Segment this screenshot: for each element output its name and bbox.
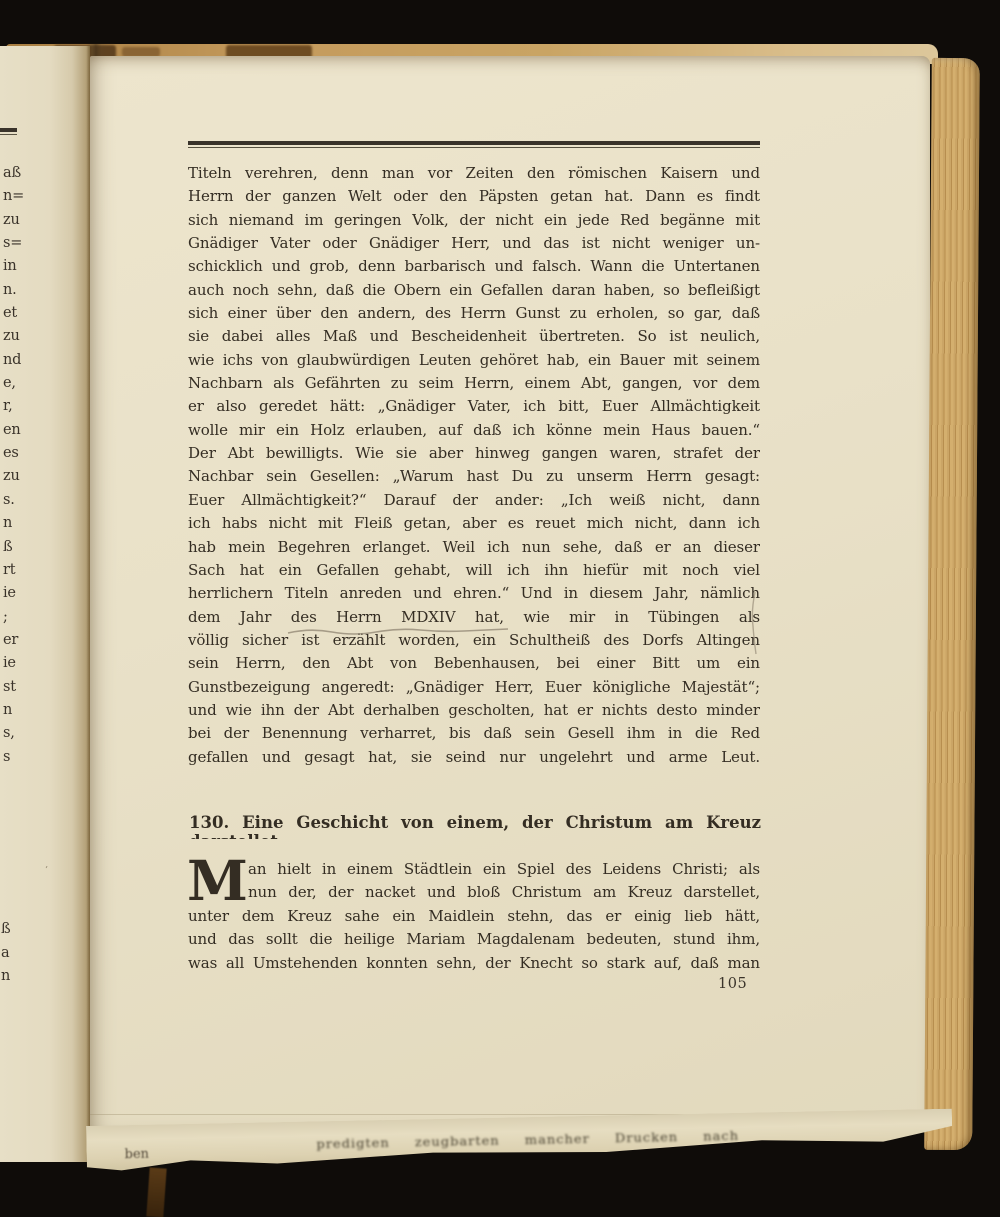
text-line: sich einer über den andern, des Herrn Gu…	[188, 302, 760, 325]
text-line: Euer Allmächtigkeit?“ Darauf der ander: …	[188, 489, 760, 512]
text-line: sie dabei alles Maß und Bescheidenheit ü…	[188, 325, 760, 348]
paragraph-1: Titeln verehren, denn man vor Zeiten den…	[188, 162, 760, 769]
line-fragment: en	[3, 419, 37, 442]
line-fragment: ß	[3, 536, 37, 559]
line-fragment: n	[3, 699, 37, 722]
book-photo: aßn=zus=inn.etzunde,r,eneszus.nßrtie;eri…	[0, 0, 1000, 1217]
text-line: herrlichern Titeln anreden und ehren.“ U…	[188, 582, 760, 605]
line-fragment: n	[3, 512, 37, 535]
pencil-margin-stroke	[748, 590, 760, 656]
section-heading: 130. Eine Geschicht von einem, der Chris…	[189, 813, 761, 839]
edge-text-fragment: ben	[124, 1147, 149, 1162]
line-fragment: s	[3, 746, 37, 769]
tiny-pencil-mark: ʹ	[43, 866, 48, 876]
head-rule	[188, 141, 760, 148]
text-line: er also geredet hätt: „Gnädiger Vater, i…	[188, 395, 760, 418]
text-line: Nachbar sein Gesellen: „Warum hast Du zu…	[188, 465, 760, 488]
text-line: Sach hat ein Gefallen gehabt, will ich i…	[188, 559, 760, 582]
text-line: wolle mir ein Holz erlauben, auf daß ich…	[188, 419, 760, 442]
line-fragment: ie	[3, 582, 37, 605]
bookmark-tassel	[146, 1167, 166, 1217]
line-fragment: s.	[3, 489, 37, 512]
text-line: wie ichs von glaubwürdigen Leuten gehöre…	[188, 349, 760, 372]
text-line: Gnädiger Vater oder Gnädiger Herr, und d…	[188, 232, 760, 255]
page-number: 105	[718, 976, 747, 992]
paragraph-2-full: unter dem Kreuz sahe ein Maidlein stehn,…	[188, 905, 760, 975]
line-fragment: aß	[3, 162, 37, 185]
line-fragment: zu	[3, 465, 37, 488]
text-line: was all Umstehenden konnten sehn, der Kn…	[188, 952, 760, 975]
line-fragment: n=	[3, 185, 37, 208]
text-line: Titeln verehren, denn man vor Zeiten den…	[188, 162, 760, 185]
text-line: Gunstbezeigung angeredt: „Gnädiger Herr,…	[188, 676, 760, 699]
text-line: gefallen und gesagt hat, sie seind nur u…	[188, 746, 760, 769]
text-line: hab mein Begehren erlanget. Weil ich nun…	[188, 536, 760, 559]
line-fragment: er	[3, 629, 37, 652]
text-line: ich habs nicht mit Fleiß getan, aber es …	[188, 512, 760, 535]
text-line: sich niemand im geringen Volk, der nicht…	[188, 209, 760, 232]
text-line: auch noch sehn, daß die Obern ein Gefall…	[188, 279, 760, 302]
text-line: an hielt in einem Städtlein ein Spiel de…	[248, 858, 760, 881]
line-fragment: ;	[3, 606, 37, 629]
text-line: Der Abt bewilligts. Wie sie aber hinweg …	[188, 442, 760, 465]
previous-page-line-fragments: aßn=zus=inn.etzunde,r,eneszus.nßrtie;eri…	[3, 162, 37, 769]
line-fragment: ß	[1, 918, 31, 942]
line-fragment: s,	[3, 722, 37, 745]
text-line: Nachbarn als Gefährten zu seim Herrn, ei…	[188, 372, 760, 395]
paragraph-2-indented: an hielt in einem Städtlein ein Spiel de…	[248, 858, 760, 905]
line-fragment: r,	[3, 395, 37, 418]
text-line: bei der Benennung verharret, bis daß sei…	[188, 722, 760, 745]
line-fragment: e,	[3, 372, 37, 395]
line-fragment: a	[1, 942, 31, 966]
line-fragment: rt	[3, 559, 37, 582]
previous-page-rule-fragment	[0, 128, 17, 135]
text-line: nun der, der nacket und bloß Christum am…	[248, 881, 760, 904]
line-fragment: n	[1, 965, 31, 989]
book-fore-edge	[924, 58, 980, 1150]
line-fragment: nd	[3, 349, 37, 372]
line-fragment: zu	[3, 325, 37, 348]
line-fragment: ie	[3, 652, 37, 675]
line-fragment: n.	[3, 279, 37, 302]
previous-page-bottom-fragments: ßan	[1, 918, 31, 989]
text-line: Herrn der ganzen Welt oder den Päpsten g…	[188, 185, 760, 208]
text-line: schicklich und grob, denn barbarisch und…	[188, 255, 760, 278]
line-fragment: es	[3, 442, 37, 465]
edge-showthrough-text: predigten zeugbarten mancher Drucken nac…	[316, 1129, 739, 1152]
text-line: und wie ihn der Abt derhalben gescholten…	[188, 699, 760, 722]
line-fragment: s=	[3, 232, 37, 255]
text-line: unter dem Kreuz sahe ein Maidlein stehn,…	[188, 905, 760, 928]
line-fragment: et	[3, 302, 37, 325]
line-fragment: st	[3, 676, 37, 699]
previous-page-sliver: aßn=zus=inn.etzunde,r,eneszus.nßrtie;eri…	[0, 46, 90, 1162]
text-line: sein Herrn, den Abt von Bebenhausen, bei…	[188, 652, 760, 675]
line-fragment: in	[3, 255, 37, 278]
book-page: Titeln verehren, denn man vor Zeiten den…	[90, 56, 930, 1131]
line-fragment: zu	[3, 209, 37, 232]
text-line: und das sollt die heilige Mariam Magdale…	[188, 928, 760, 951]
pencil-underline	[286, 626, 516, 638]
